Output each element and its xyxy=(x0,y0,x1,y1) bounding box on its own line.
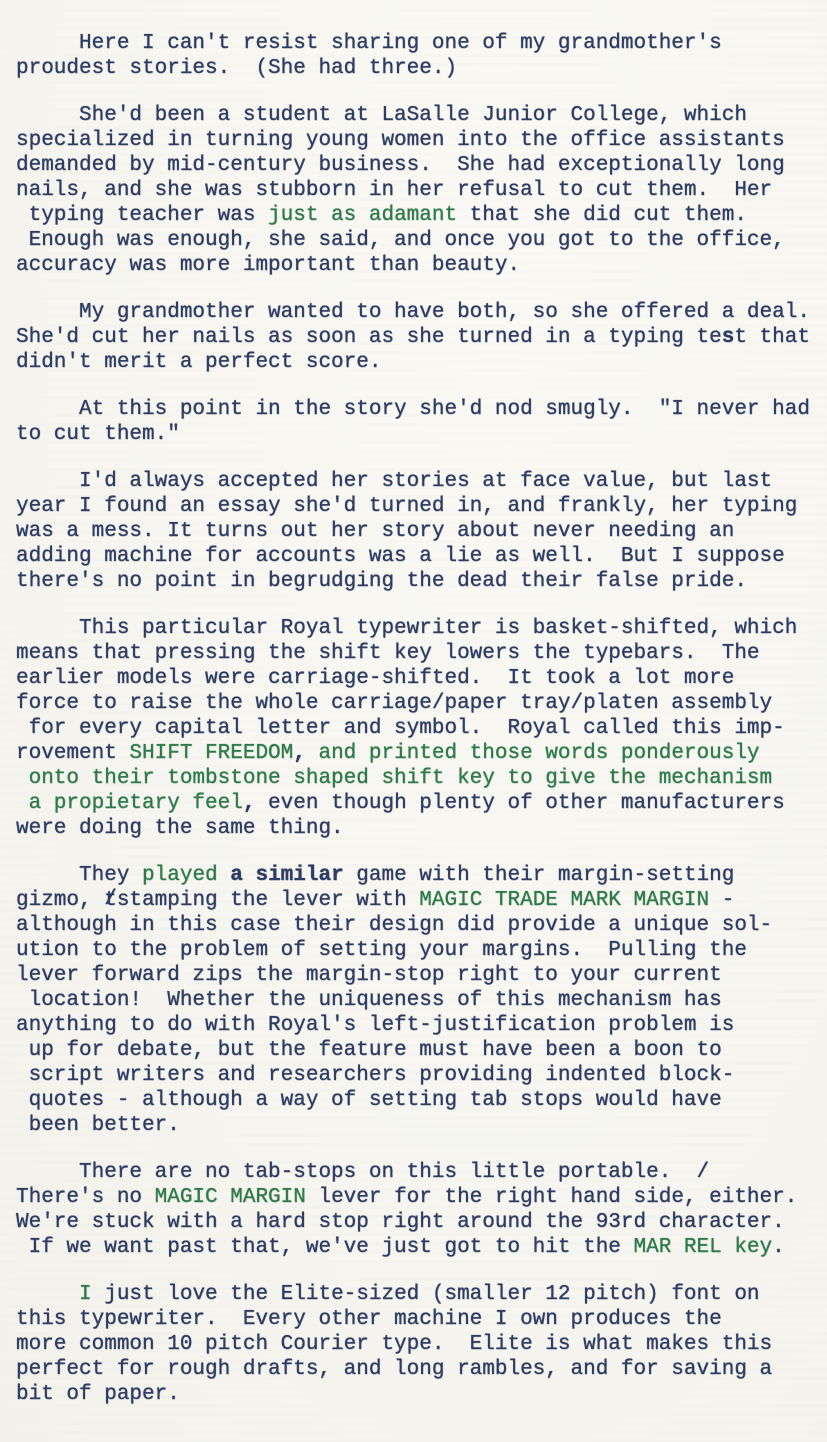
blue-ink-text: , xyxy=(243,792,256,815)
paragraph: My grandmother wanted to have both, so s… xyxy=(16,300,823,375)
typed-line: up for debate, but the feature must have… xyxy=(16,1038,823,1063)
paragraph: She'd been a student at LaSalle Junior C… xyxy=(16,103,823,278)
typed-line: She'd been a student at LaSalle Junior C… xyxy=(16,103,823,128)
typed-line: demanded by mid-century business. She ha… xyxy=(16,153,823,178)
typed-line: was a mess. It turns out her story about… xyxy=(16,519,823,544)
typed-line: This particular Royal typewriter is bask… xyxy=(16,616,823,641)
green-ink-text: MAGIC TRADE MARK MARGIN xyxy=(419,889,709,912)
typed-line: adding machine for accounts was a lie as… xyxy=(16,544,823,569)
typed-line: year I found an essay she'd turned in, a… xyxy=(16,494,823,519)
green-ink-text: onto their tombstone shaped shift key to… xyxy=(16,767,772,790)
typed-line: She'd cut her nails as soon as she turne… xyxy=(16,325,823,350)
blue-ink-text: / xyxy=(697,1161,710,1184)
blue-ink-text: demanded by mid-century business. She ha… xyxy=(16,154,785,177)
blue-ink-text: There's no xyxy=(16,1186,155,1209)
blue-ink-text: She'd cut her nails as soon as she turne… xyxy=(16,326,722,349)
blue-ink-text: lever for the right hand side, either. xyxy=(306,1186,797,1209)
blue-ink-text: earlier models were carriage-shifted. It… xyxy=(16,667,734,690)
blue-ink-text: s xyxy=(722,326,735,349)
paragraph: I'd always accepted her stories at face … xyxy=(16,469,823,594)
blue-ink-text: ution to the problem of setting your mar… xyxy=(16,939,747,962)
typed-line: earlier models were carriage-shifted. It… xyxy=(16,666,823,691)
blue-ink-text: didn't merit a perfect score. xyxy=(16,351,381,374)
typed-line: We're stuck with a hard stop right aroun… xyxy=(16,1210,823,1235)
blue-ink-text: ccuracy was more important than beauty. xyxy=(29,254,520,277)
blue-ink-text: At this point in the story she'd nod smu… xyxy=(16,398,810,421)
typed-text: Here I can't resist sharing one of my gr… xyxy=(16,31,823,1407)
typed-line: They played a similar game with their ma… xyxy=(16,863,823,888)
typed-line: although in this case their design did p… xyxy=(16,913,823,938)
typed-line: Enough was enough, she said, and once yo… xyxy=(16,228,823,253)
typed-line: I just love the Elite-sized (smaller 12 … xyxy=(16,1282,823,1307)
blue-ink-text: a similar xyxy=(230,864,343,887)
blue-ink-text: This particular Royal typewriter is bask… xyxy=(16,617,797,640)
paragraph: I just love the Elite-sized (smaller 12 … xyxy=(16,1282,823,1407)
typed-line: quotes - although a way of setting tab s… xyxy=(16,1088,823,1113)
blue-ink-text: lever forward zips the margin-stop right… xyxy=(16,964,722,987)
blue-ink-text: I'd always accepted her stories at face … xyxy=(16,470,772,493)
blue-ink-text: game with their margin-setting xyxy=(344,864,735,887)
typed-line: rovement SHIFT FREEDOM, and printed thos… xyxy=(16,741,823,766)
typed-line: perfect for rough drafts, and long rambl… xyxy=(16,1357,823,1382)
typed-line: onto their tombstone shaped shift key to… xyxy=(16,766,823,791)
blue-ink-text: up for debate, but the feature must have… xyxy=(16,1039,722,1062)
blue-ink-text: perfect for rough drafts, and long rambl… xyxy=(16,1358,772,1381)
blue-ink-text: this typewriter. Every other machine I o… xyxy=(16,1308,722,1331)
blue-ink-text: . xyxy=(772,1236,785,1259)
blue-ink-text: Enough was enough, she said, and once yo… xyxy=(16,229,785,252)
typed-line: nails, and she was stubborn in her refus… xyxy=(16,178,823,203)
typed-line: a propietary feel, even though plenty of… xyxy=(16,791,823,816)
typed-line: accuracy was more important than beauty. xyxy=(16,253,823,278)
blue-ink-text: We're stuck with a hard stop right aroun… xyxy=(16,1211,785,1234)
green-ink-text: a propietary feel xyxy=(16,792,243,815)
paragraph: They played a similar game with their ma… xyxy=(16,863,823,1138)
typed-line: location! Whether the uniqueness of this… xyxy=(16,988,823,1013)
typed-line: been better. xyxy=(16,1113,823,1138)
typed-line: anything to do with Royal's left-justifi… xyxy=(16,1013,823,1038)
blue-ink-text: just love the Elite-sized (smaller 12 pi… xyxy=(92,1283,760,1306)
typed-line: didn't merit a perfect score. xyxy=(16,350,823,375)
blue-ink-text: If we want past that, we've just got to … xyxy=(16,1236,634,1259)
typed-line: there's no point in begrudging the dead … xyxy=(16,569,823,594)
blue-ink-text: means that pressing the shift key lowers… xyxy=(16,642,760,665)
blue-ink-text: They xyxy=(16,864,142,887)
blue-ink-text: a xyxy=(16,254,29,277)
blue-ink-text: typing teacher was xyxy=(16,204,268,227)
blue-ink-text: specialized in turning young women into … xyxy=(16,129,785,152)
blue-ink-text: There are no tab-stops on this little po… xyxy=(16,1161,697,1184)
typed-line: There are no tab-stops on this little po… xyxy=(16,1160,823,1185)
blue-ink-text: stamping the lever with xyxy=(117,889,419,912)
typed-line: for every capital letter and symbol. Roy… xyxy=(16,716,823,741)
blue-ink-text: proudest stories. (She had three.) xyxy=(16,57,457,80)
typed-line: proudest stories. (She had three.) xyxy=(16,56,823,81)
blue-ink-text: t that xyxy=(734,326,810,349)
typewritten-page: Here I can't resist sharing one of my gr… xyxy=(0,0,827,1442)
blue-ink-text: although in this case their design did p… xyxy=(16,914,772,937)
blue-ink-text: more common 10 pitch Courier type. Elite… xyxy=(16,1333,772,1356)
typed-line: I'd always accepted her stories at face … xyxy=(16,469,823,494)
typed-line: more common 10 pitch Courier type. Elite… xyxy=(16,1332,823,1357)
green-ink-text: and printed those words ponderously xyxy=(306,742,760,765)
green-ink-text: played xyxy=(142,864,218,887)
typed-line: force to raise the whole carriage/paper … xyxy=(16,691,823,716)
typed-line: If we want past that, we've just got to … xyxy=(16,1235,823,1260)
blue-ink-text: been better. xyxy=(16,1114,180,1137)
typed-line: means that pressing the shift key lowers… xyxy=(16,641,823,666)
blue-ink-text: location! Whether the uniqueness of this… xyxy=(16,989,722,1012)
typed-line: There's no MAGIC MARGIN lever for the ri… xyxy=(16,1185,823,1210)
typed-line: lever forward zips the margin-stop right… xyxy=(16,963,823,988)
blue-ink-text: was a mess. It turns out her story about… xyxy=(16,520,734,543)
blue-ink-text xyxy=(218,864,231,887)
green-ink-text: I xyxy=(79,1283,92,1306)
paragraph: Here I can't resist sharing one of my gr… xyxy=(16,31,823,81)
blue-ink-text: for every capital letter and symbol. Roy… xyxy=(16,717,785,740)
typed-line: to cut them." xyxy=(16,422,823,447)
typed-line: this typewriter. Every other machine I o… xyxy=(16,1307,823,1332)
green-ink-text: just as adamant xyxy=(268,204,457,227)
typed-line: My grandmother wanted to have both, so s… xyxy=(16,300,823,325)
blue-ink-text: nails, and she was stubborn in her refus… xyxy=(16,179,772,202)
paragraph: This particular Royal typewriter is bask… xyxy=(16,616,823,841)
blue-ink-text: She'd been a student at LaSalle Junior C… xyxy=(16,104,747,127)
green-ink-text: SHIFT FREEDOM xyxy=(129,742,293,765)
blue-ink-text: - xyxy=(709,889,734,912)
blue-ink-text: rovement xyxy=(16,742,129,765)
blue-ink-text xyxy=(16,1283,79,1306)
blue-ink-text: year I found an essay she'd turned in, a… xyxy=(16,495,797,518)
typed-line: were doing the same thing. xyxy=(16,816,823,841)
blue-ink-text: bit of paper. xyxy=(16,1383,180,1406)
typed-line: typing teacher was just as adamant that … xyxy=(16,203,823,228)
blue-ink-text: Here I can't resist sharing one of my gr… xyxy=(16,32,722,55)
blue-ink-text: even though plenty of other manufacturer… xyxy=(255,792,784,815)
paragraph: At this point in the story she'd nod smu… xyxy=(16,397,823,447)
typed-line: script writers and researchers providing… xyxy=(16,1063,823,1088)
blue-ink-text: t xyxy=(104,889,117,912)
blue-ink-text: to cut them." xyxy=(16,423,180,446)
blue-ink-text: quotes - although a way of setting tab s… xyxy=(16,1089,722,1112)
paragraph: There are no tab-stops on this little po… xyxy=(16,1160,823,1260)
blue-ink-text: that she did cut them. xyxy=(457,204,747,227)
blue-ink-text: script writers and researchers providing… xyxy=(16,1064,734,1087)
blue-ink-text: adding machine for accounts was a lie as… xyxy=(16,545,785,568)
typed-line: ution to the problem of setting your mar… xyxy=(16,938,823,963)
green-ink-text: MAGIC MARGIN xyxy=(155,1186,306,1209)
blue-ink-text: were doing the same thing. xyxy=(16,817,344,840)
blue-ink-text: there's no point in begrudging the dead … xyxy=(16,570,747,593)
typed-line: Here I can't resist sharing one of my gr… xyxy=(16,31,823,56)
blue-ink-text: , xyxy=(293,742,306,765)
typed-line: gizmo, tstamping the lever with MAGIC TR… xyxy=(16,888,823,913)
green-ink-text: MAR REL key xyxy=(634,1236,773,1259)
blue-ink-text: My grandmother wanted to have both, so s… xyxy=(16,301,810,324)
blue-ink-text: gizmo, xyxy=(16,889,104,912)
typed-line: specialized in turning young women into … xyxy=(16,128,823,153)
typed-line: bit of paper. xyxy=(16,1382,823,1407)
blue-ink-text: anything to do with Royal's left-justifi… xyxy=(16,1014,734,1037)
typed-line: At this point in the story she'd nod smu… xyxy=(16,397,823,422)
blue-ink-text: force to raise the whole carriage/paper … xyxy=(16,692,772,715)
